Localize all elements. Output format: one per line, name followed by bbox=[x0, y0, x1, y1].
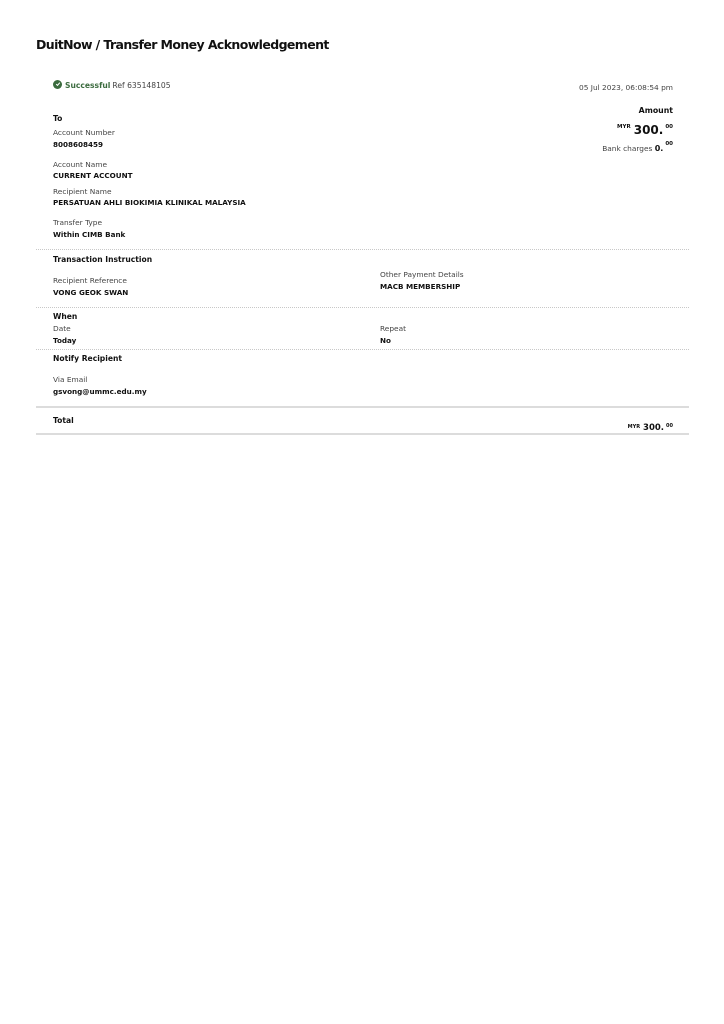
recipient-reference-value: VONG GEOK SWAN bbox=[53, 288, 128, 297]
recipient-name-value: PERSATUAN AHLI BIOKIMIA KLINIKAL MALAYSI… bbox=[53, 198, 246, 207]
other-payment-details-value: MACB MEMBERSHIP bbox=[380, 282, 460, 291]
date-label: Date bbox=[53, 324, 71, 333]
divider bbox=[36, 433, 689, 435]
transaction-datetime: 05 Jul 2023, 06:08:54 pm bbox=[579, 83, 673, 92]
account-name-value: CURRENT ACCOUNT bbox=[53, 171, 133, 180]
account-name-label: Account Name bbox=[53, 160, 107, 169]
amount-value: MYR300.00 bbox=[602, 119, 673, 138]
bank-charges: Bank charges 0.00 bbox=[602, 141, 673, 153]
bank-charges-cents: 00 bbox=[665, 141, 673, 147]
via-email-label: Via Email bbox=[53, 375, 87, 384]
check-circle-icon bbox=[53, 80, 62, 89]
amount-block: Amount MYR300.00 Bank charges 0.00 bbox=[602, 106, 673, 153]
transaction-instruction-heading: Transaction Instruction bbox=[53, 255, 152, 264]
status-badge: Successful bbox=[65, 81, 110, 90]
total-amount: MYR300.00 bbox=[628, 415, 673, 434]
email-value: gsvong@ummc.edu.my bbox=[53, 387, 147, 396]
recipient-name-label: Recipient Name bbox=[53, 187, 112, 196]
amount-cents: 00 bbox=[665, 124, 673, 130]
status-row: Successful Ref 635148105 bbox=[53, 81, 171, 90]
amount-whole: 300. bbox=[634, 123, 664, 137]
when-heading: When bbox=[53, 312, 77, 321]
notify-heading: Notify Recipient bbox=[53, 354, 122, 363]
total-whole: 300. bbox=[643, 423, 664, 433]
account-number-label: Account Number bbox=[53, 128, 115, 137]
recipient-reference-label: Recipient Reference bbox=[53, 276, 127, 285]
amount-currency: MYR bbox=[617, 124, 631, 130]
bank-charges-label: Bank charges bbox=[602, 144, 652, 153]
divider bbox=[36, 349, 689, 350]
to-heading: To bbox=[53, 114, 62, 123]
total-label: Total bbox=[53, 416, 74, 425]
repeat-label: Repeat bbox=[380, 324, 406, 333]
other-payment-details-label: Other Payment Details bbox=[380, 270, 464, 279]
date-value: Today bbox=[53, 336, 76, 345]
transfer-type-value: Within CIMB Bank bbox=[53, 230, 125, 239]
total-cents: 00 bbox=[666, 423, 673, 429]
divider bbox=[36, 307, 689, 308]
total-currency: MYR bbox=[628, 424, 640, 430]
bank-charges-whole: 0. bbox=[655, 144, 664, 153]
transfer-type-label: Transfer Type bbox=[53, 218, 102, 227]
account-number-value: 8008608459 bbox=[53, 140, 103, 149]
amount-label: Amount bbox=[602, 106, 673, 115]
reference-number: Ref 635148105 bbox=[112, 81, 170, 90]
divider bbox=[36, 406, 689, 408]
page-title: DuitNow / Transfer Money Acknowledgement bbox=[36, 37, 329, 52]
divider bbox=[36, 249, 689, 250]
repeat-value: No bbox=[380, 336, 391, 345]
